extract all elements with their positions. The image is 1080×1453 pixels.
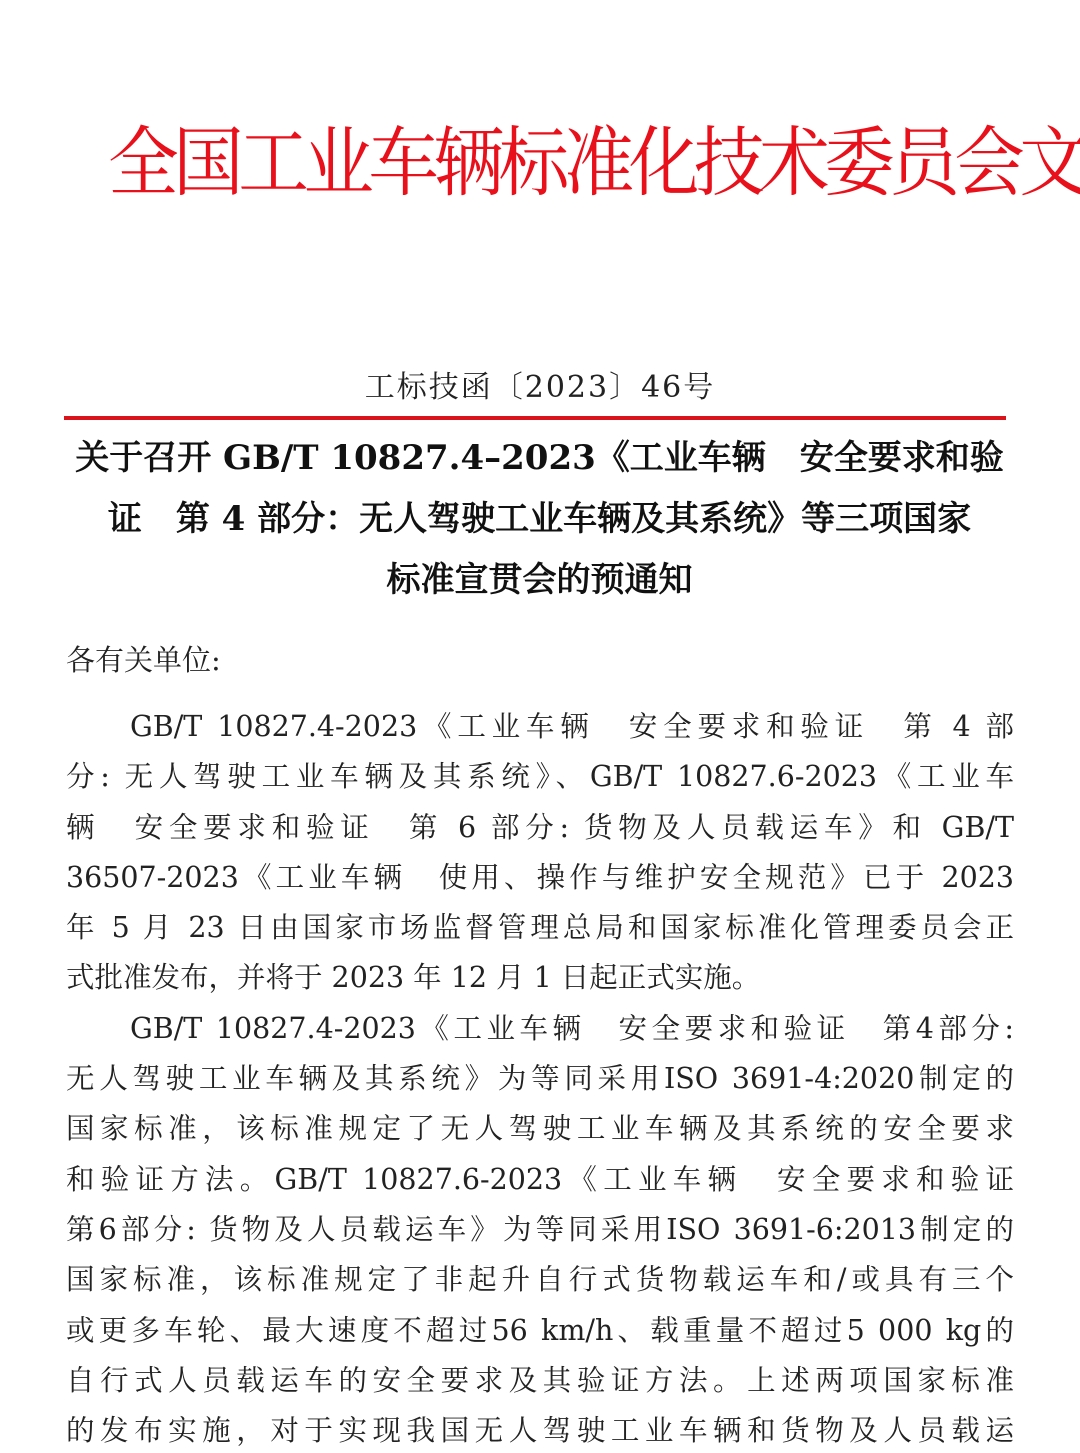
- paragraph-1-line: 年 5 月 23 日由国家市场监督管理总局和国家标准化管理委员会正: [66, 903, 1014, 953]
- notice-title: 关于召开 GB/T 10827.4–2023《工业车辆 安全要求和验 证 第 4…: [62, 428, 1017, 611]
- paragraph-1-line: 36507-2023《工业车辆 使用、操作与维护安全规范》已于 2023: [66, 853, 1014, 903]
- paragraph-2-line: 或更多车轮、最大速度不超过56 km/h、载重量不超过5 000 kg的: [66, 1306, 1014, 1356]
- paragraph-2-line: 的发布实施，对于实现我国无人驾驶工业车辆和货物及人员载运: [66, 1406, 1014, 1453]
- paragraph-2-line: GB/T 10827.4-2023《工业车辆 安全要求和验证 第4部分:: [66, 1004, 1014, 1054]
- paragraph-2-line: 自行式人员载运车的安全要求及其验证方法。上述两项国家标准: [66, 1356, 1014, 1406]
- masthead-title: 全国工业车辆标准化技术委员会文件: [108, 108, 908, 218]
- title-line: 关于召开 GB/T 10827.4–2023《工业车辆 安全要求和验: [62, 428, 1017, 489]
- paragraph-1-line: 辆 安全要求和验证 第 6 部分: 货物及人员载运车》和 GB/T: [66, 803, 1014, 853]
- paragraph-2-line: 和验证方法。GB/T 10827.6-2023《工业车辆 安全要求和验证: [66, 1155, 1014, 1205]
- title-line: 证 第 4 部分：无人驾驶工业车辆及其系统》等三项国家: [62, 489, 1017, 550]
- red-divider-rule: [64, 416, 1006, 420]
- paragraph-1-line: GB/T 10827.4-2023《工业车辆 安全要求和验证 第 4 部: [66, 702, 1014, 752]
- body-text: GB/T 10827.4-2023《工业车辆 安全要求和验证 第 4 部 分: …: [66, 702, 1014, 1453]
- paragraph-1-line: 分: 无人驾驶工业车辆及其系统》、GB/T 10827.6-2023《工业车: [66, 752, 1014, 802]
- document-number: 工标技函〔2023〕46号: [0, 362, 1080, 406]
- paragraph-2-line: 第6部分: 货物及人员载运车》为等同采用ISO 3691-6:2013制定的: [66, 1205, 1014, 1255]
- salutation: 各有关单位:: [66, 638, 221, 679]
- document-page: 全国工业车辆标准化技术委员会文件 工标技函〔2023〕46号 关于召开 GB/T…: [0, 0, 1080, 1453]
- paragraph-2-line: 无人驾驶工业车辆及其系统》为等同采用ISO 3691-4:2020制定的: [66, 1054, 1014, 1104]
- title-line: 标准宣贯会的预通知: [62, 550, 1017, 611]
- paragraph-2-line: 国家标准，该标准规定了无人驾驶工业车辆及其系统的安全要求: [66, 1104, 1014, 1154]
- paragraph-2-line: 国家标准，该标准规定了非起升自行式货物载运车和/或具有三个: [66, 1255, 1014, 1305]
- paragraph-1-line: 式批准发布，并将于 2023 年 12 月 1 日起正式实施。: [66, 953, 1014, 1003]
